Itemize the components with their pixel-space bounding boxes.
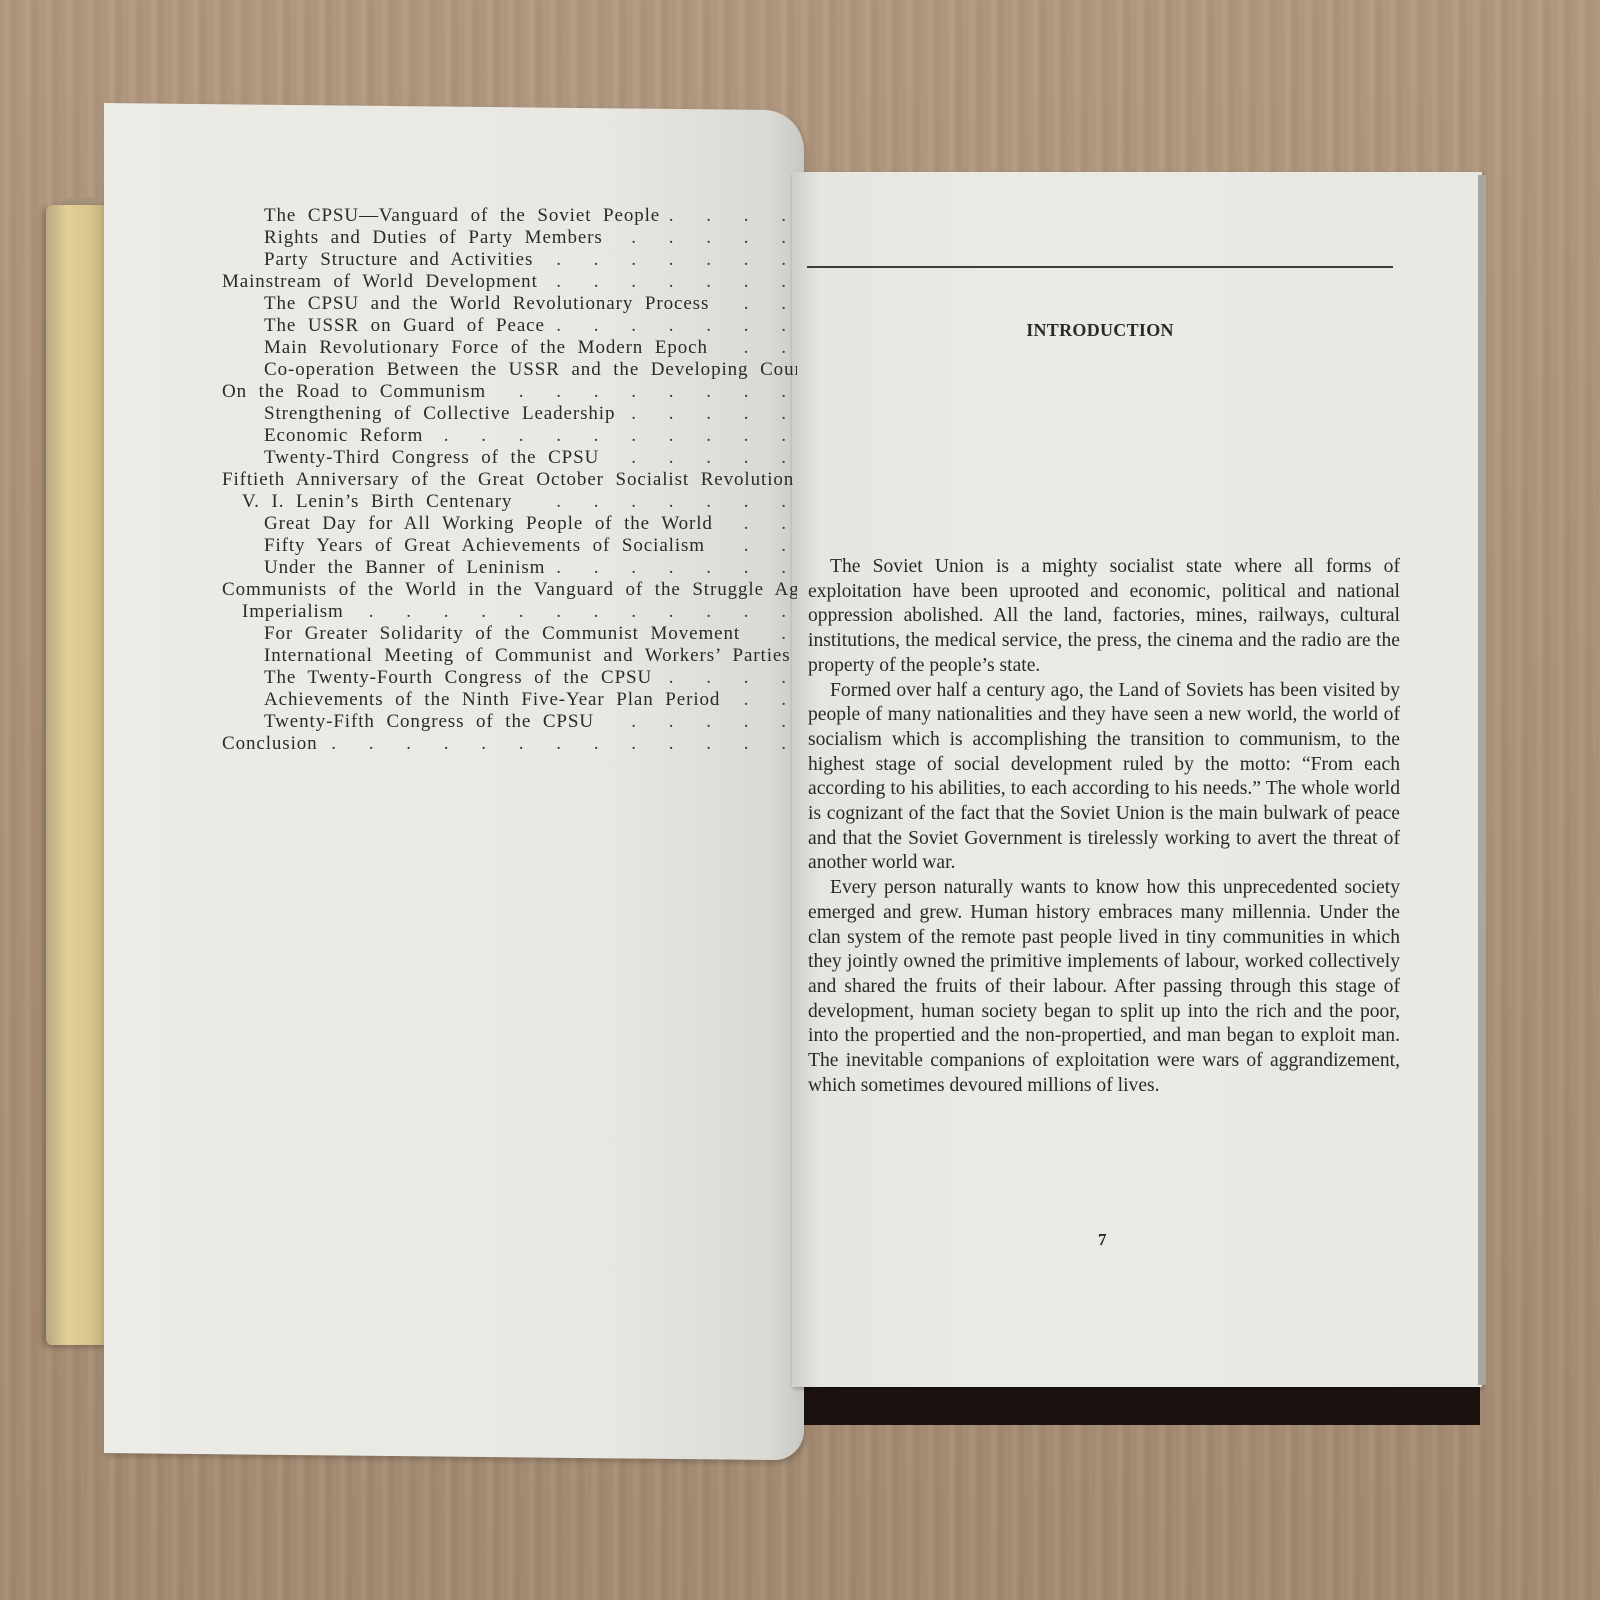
toc-entry-title: Main Revolutionary Force of the Modern E… xyxy=(264,337,708,358)
toc-dot-leader: . . . . . . . . . . xyxy=(444,425,797,447)
toc-entry: Twenty-Third Congress of the CPSU. . . .… xyxy=(222,447,797,469)
page-number: 7 xyxy=(1098,1230,1107,1250)
toc-entry-title: Imperialism xyxy=(242,601,344,622)
toc-dot-leader: . . xyxy=(744,293,797,315)
toc-entry: Twenty-Fifth Congress of the CPSU. . . .… xyxy=(222,711,797,733)
toc-entry: The Twenty-Fourth Congress of the CPSU. … xyxy=(222,667,797,689)
paragraph: The Soviet Union is a mighty socialist s… xyxy=(808,555,1400,679)
toc-entry: Rights and Duties of Party Members. . . … xyxy=(222,227,797,249)
toc-entry: Under the Banner of Leninism. . . . . . … xyxy=(222,557,797,579)
toc-entry-title: Party Structure and Activities xyxy=(264,249,533,270)
toc-entry-title: Twenty-Fifth Congress of the CPSU xyxy=(264,711,594,732)
book-spine-dust-jacket xyxy=(46,205,108,1345)
toc-entry-title: Rights and Duties of Party Members xyxy=(264,227,603,248)
toc-entry-title: The USSR on Guard of Peace xyxy=(264,315,545,336)
toc-entry: Fiftieth Anniversary of the Great Octobe… xyxy=(222,469,797,491)
toc-dot-leader: . . . . . . . xyxy=(556,491,797,513)
toc-entry-title: Fiftieth Anniversary of the Great Octobe… xyxy=(222,469,797,490)
toc-entry: V. I. Lenin’s Birth Centenary. . . . . .… xyxy=(222,491,797,513)
introduction-body: The Soviet Union is a mighty socialist s… xyxy=(808,555,1400,1098)
toc-entry-title: The CPSU and the World Revolutionary Pro… xyxy=(264,293,709,314)
toc-entry: Achievements of the Ninth Five-Year Plan… xyxy=(222,689,797,711)
toc-entry-title: Twenty-Third Congress of the CPSU xyxy=(264,447,599,468)
toc-entry: For Greater Solidarity of the Communist … xyxy=(222,623,797,645)
toc-entry: The USSR on Guard of Peace. . . . . . . xyxy=(222,315,797,337)
toc-entry: The CPSU—Vanguard of the Soviet People. … xyxy=(222,205,797,227)
toc-entry-title: Co-operation Between the USSR and the De… xyxy=(264,359,797,380)
toc-entry: Imperialism. . . . . . . . . . . . xyxy=(222,601,797,623)
toc-entry-title: On the Road to Communism xyxy=(222,381,486,402)
toc-entry: International Meeting of Communist and W… xyxy=(222,645,797,667)
toc-entry: Strengthening of Collective Leadership. … xyxy=(222,403,797,425)
toc-entry-title: Conclusion xyxy=(222,733,318,754)
toc-dot-leader: . . xyxy=(744,689,797,711)
toc-entry: The CPSU and the World Revolutionary Pro… xyxy=(222,293,797,315)
toc-entry: Main Revolutionary Force of the Modern E… xyxy=(222,337,797,359)
toc-dot-leader: . xyxy=(781,623,797,645)
toc-entry-title: For Greater Solidarity of the Communist … xyxy=(264,623,740,644)
toc-dot-leader: . . . . . . . xyxy=(556,557,797,579)
toc-dot-leader: . . . . xyxy=(669,205,797,227)
toc-entry: On the Road to Communism. . . . . . . . xyxy=(222,381,797,403)
toc-dot-leader: . . . . . xyxy=(631,403,797,425)
toc-dot-leader: . . . . . . . . . . . . . xyxy=(331,733,797,755)
toc-dot-leader: . . . . . xyxy=(631,711,797,733)
toc-dot-leader: . . . . xyxy=(669,667,797,689)
toc-dot-leader: . . . . . . . xyxy=(556,315,797,337)
toc-entry-title: Economic Reform xyxy=(264,425,423,446)
toc-entry: Mainstream of World Development. . . . .… xyxy=(222,271,797,293)
toc-entry-title: Fifty Years of Great Achievements of Soc… xyxy=(264,535,705,556)
toc-entry-title: Mainstream of World Development xyxy=(222,271,538,292)
toc-entry-title: Great Day for All Working People of the … xyxy=(264,513,713,534)
toc-entry-title: Communists of the World in the Vanguard … xyxy=(222,579,797,600)
chapter-rule xyxy=(807,266,1393,268)
toc-entry: Economic Reform. . . . . . . . . . xyxy=(222,425,797,447)
toc-entry: Fifty Years of Great Achievements of Soc… xyxy=(222,535,797,557)
table-of-contents: The CPSU—Vanguard of the Soviet People. … xyxy=(222,205,797,755)
toc-dot-leader: . . xyxy=(744,337,797,359)
toc-entry-title: Achievements of the Ninth Five-Year Plan… xyxy=(264,689,720,710)
toc-dot-leader: . . . . . . . . . . . . xyxy=(369,601,797,623)
toc-dot-leader: . . . . . xyxy=(631,447,797,469)
toc-entry-title: International Meeting of Communist and W… xyxy=(264,645,791,666)
toc-dot-leader: . . . . . . . xyxy=(556,271,797,293)
toc-entry-title: The CPSU—Vanguard of the Soviet People xyxy=(264,205,660,226)
toc-entry: Conclusion. . . . . . . . . . . . . xyxy=(222,733,797,755)
toc-dot-leader: . . . . . xyxy=(631,227,797,249)
toc-entry: Great Day for All Working People of the … xyxy=(222,513,797,535)
toc-entry: Communists of the World in the Vanguard … xyxy=(222,579,797,601)
toc-dot-leader: . . xyxy=(744,535,797,557)
toc-entry-title: The Twenty-Fourth Congress of the CPSU xyxy=(264,667,652,688)
toc-dot-leader: . . . . . . . xyxy=(556,249,797,271)
toc-entry: Party Structure and Activities. . . . . … xyxy=(222,249,797,271)
toc-entry-title: V. I. Lenin’s Birth Centenary xyxy=(242,491,512,512)
toc-dot-leader: . . xyxy=(744,513,797,535)
chapter-heading: INTRODUCTION xyxy=(807,320,1393,341)
toc-dot-leader: . . . . . . . . xyxy=(519,381,797,403)
paragraph: Every person naturally wants to know how… xyxy=(808,876,1400,1098)
toc-entry: Co-operation Between the USSR and the De… xyxy=(222,359,797,381)
toc-entry-title: Strengthening of Collective Leadership xyxy=(264,403,615,424)
toc-entry-title: Under the Banner of Leninism xyxy=(264,557,545,578)
paragraph: Formed over half a century ago, the Land… xyxy=(808,679,1400,877)
page-block-edge xyxy=(1478,175,1486,1385)
